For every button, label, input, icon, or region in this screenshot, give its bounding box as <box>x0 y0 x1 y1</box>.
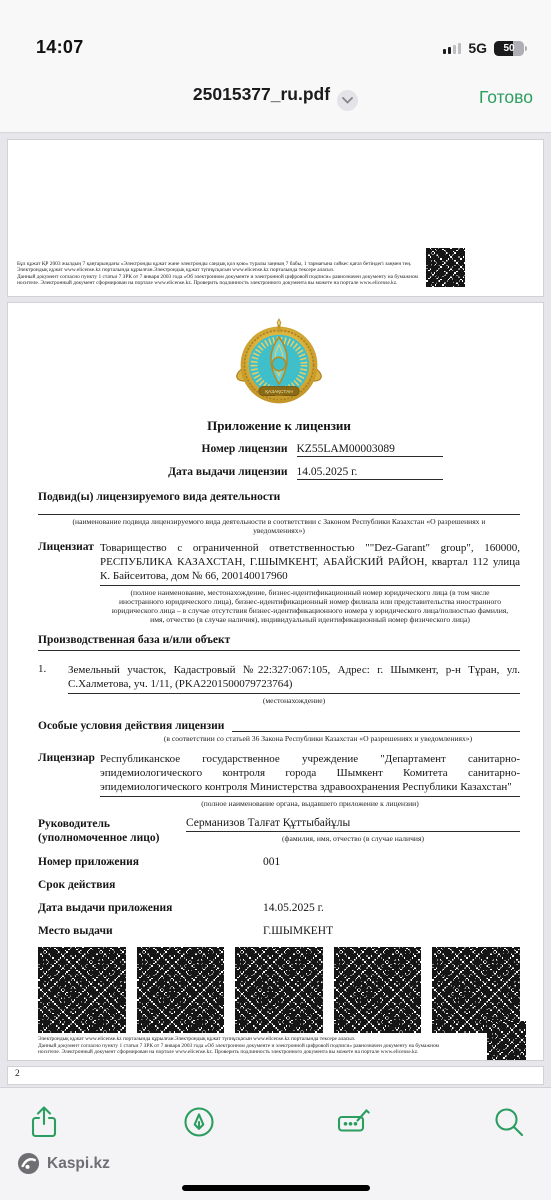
license-number-label: Номер лицензии <box>116 443 288 457</box>
issue-date-value: 14.05.2025 г. <box>297 466 443 480</box>
head-caption: (фамилия, имя, отчество (в случае наличи… <box>186 834 520 843</box>
search-button[interactable] <box>491 1103 528 1140</box>
appendix-number-row: Номер приложения 001 <box>38 856 520 868</box>
divider <box>38 650 520 651</box>
kaspi-logo-icon <box>17 1152 40 1175</box>
license-number-row: Номер лицензии KZ55LAM00003089 <box>38 443 520 457</box>
network-type: 5G <box>468 40 487 56</box>
doc-title: Приложение к лицензии <box>38 418 520 434</box>
search-icon <box>492 1105 526 1139</box>
item-number: 1. <box>38 663 68 705</box>
markup-button[interactable] <box>180 1103 217 1140</box>
special-caption: (в соответствии со статьей 36 Закона Рес… <box>153 734 483 743</box>
page1-legal-footer: Бұл құжат ҚР 2003 жылдың 7 қаңтарындағы … <box>17 261 418 287</box>
validity-row: Срок действия <box>38 879 520 891</box>
special-heading: Особые условия действия лицензии <box>38 720 224 732</box>
kaspi-branding: Kaspi.kz <box>17 1152 110 1175</box>
licensee-text: Товарищество с ограниченной ответственно… <box>100 541 520 586</box>
done-button[interactable]: Готово <box>479 87 533 108</box>
pdf-viewer-screen: 14:07 5G 50 25015377_ru.pdf Готово <box>0 0 551 1200</box>
production-item-text: Земельный участок, Кадастровый №22:327:0… <box>68 663 520 694</box>
barcode <box>137 947 225 1033</box>
barcode <box>38 947 126 1033</box>
production-caption: (местонахождение) <box>68 696 520 705</box>
issue-place-row: Место выдачи Г.ШЫМКЕНТ <box>38 925 520 937</box>
qr-code <box>426 248 465 287</box>
head-label-1: Руководитель <box>38 817 186 831</box>
signature-icon <box>336 1106 372 1138</box>
signal-strength-icon <box>443 42 462 54</box>
chevron-down-icon[interactable] <box>337 90 358 111</box>
head-value: Серманизов Талғат Құттыбайұлы <box>186 817 520 832</box>
licensor-text: Республиканское государственное учрежден… <box>100 752 520 797</box>
special-conditions-row: Особые условия действия лицензии <box>38 719 520 732</box>
signature-button[interactable] <box>336 1103 373 1140</box>
issue-date-label: Дата выдачи лицензии <box>116 466 288 480</box>
kazakhstan-emblem: ҚАЗАҚСТАН <box>231 317 327 411</box>
license-number-value: KZ55LAM00003089 <box>297 443 443 457</box>
divider <box>232 719 520 732</box>
svg-text:ҚАЗАҚСТАН: ҚАЗАҚСТАН <box>265 389 293 395</box>
licensee-caption: (полное наименование, местонахождение, б… <box>110 588 510 624</box>
battery-icon: 50 <box>494 41 527 56</box>
licensor-caption: (полное наименование органа, выдавшего п… <box>100 799 520 808</box>
production-heading: Производственная база и/или объект <box>38 634 520 646</box>
production-item: 1. Земельный участок, Кадастровый №22:32… <box>38 663 520 705</box>
home-indicator[interactable] <box>182 1185 370 1191</box>
licensor-label: Лицензиар <box>38 752 100 808</box>
head-field: Руководитель (уполномоченное лицо) Серма… <box>38 817 520 845</box>
appendix-date-row: Дата выдачи приложения 14.05.2025 г. <box>38 902 520 914</box>
divider <box>38 514 520 515</box>
document-title-button[interactable]: 25015377_ru.pdf <box>0 84 551 111</box>
page-number: 2 <box>15 1069 20 1079</box>
page2-legal-footer: Электрондық құжат www.elicense.kz портал… <box>38 1036 520 1056</box>
head-label-2: (уполномоченное лицо) <box>38 831 186 845</box>
barcode <box>235 947 323 1033</box>
nav-bar: 25015377_ru.pdf Готово <box>0 62 551 132</box>
licensee-label: Лицензиат <box>38 541 100 624</box>
battery-percent: 50 <box>494 41 524 56</box>
markup-icon <box>182 1105 216 1139</box>
qr-code <box>487 1021 526 1060</box>
document-title: 25015377_ru.pdf <box>193 84 330 104</box>
bottom-toolbar: Kaspi.kz <box>0 1087 551 1200</box>
subtype-caption: (наименование подвида лицензируемого вид… <box>64 517 494 535</box>
licensee-field: Лицензиат Товарищество с ограниченной от… <box>38 541 520 624</box>
pdf-scroll-area[interactable]: Бұл құжат ҚР 2003 жылдың 7 қаңтарындағы … <box>0 133 551 1087</box>
issue-date-row: Дата выдачи лицензии 14.05.2025 г. <box>38 466 520 480</box>
subtype-heading: Подвид(ы) лицензируемого вида деятельнос… <box>38 491 520 503</box>
pdf-page-3-fragment: 2 <box>8 1067 543 1084</box>
barcode <box>334 947 422 1033</box>
share-button[interactable] <box>25 1103 62 1140</box>
status-bar: 14:07 5G 50 <box>0 0 551 62</box>
signature-barcodes <box>38 947 520 1033</box>
status-time: 14:07 <box>36 37 84 58</box>
pdf-page-1-fragment: Бұл құжат ҚР 2003 жылдың 7 қаңтарындағы … <box>8 140 543 296</box>
kaspi-label: Kaspi.kz <box>47 1155 110 1173</box>
header: 14:07 5G 50 25015377_ru.pdf Готово <box>0 0 551 133</box>
share-icon <box>28 1105 60 1139</box>
licensor-field: Лицензиар Республиканское государственно… <box>38 752 520 808</box>
pdf-page-2: ҚАЗАҚСТАН Приложение к лицензии Номер ли… <box>8 303 543 1060</box>
